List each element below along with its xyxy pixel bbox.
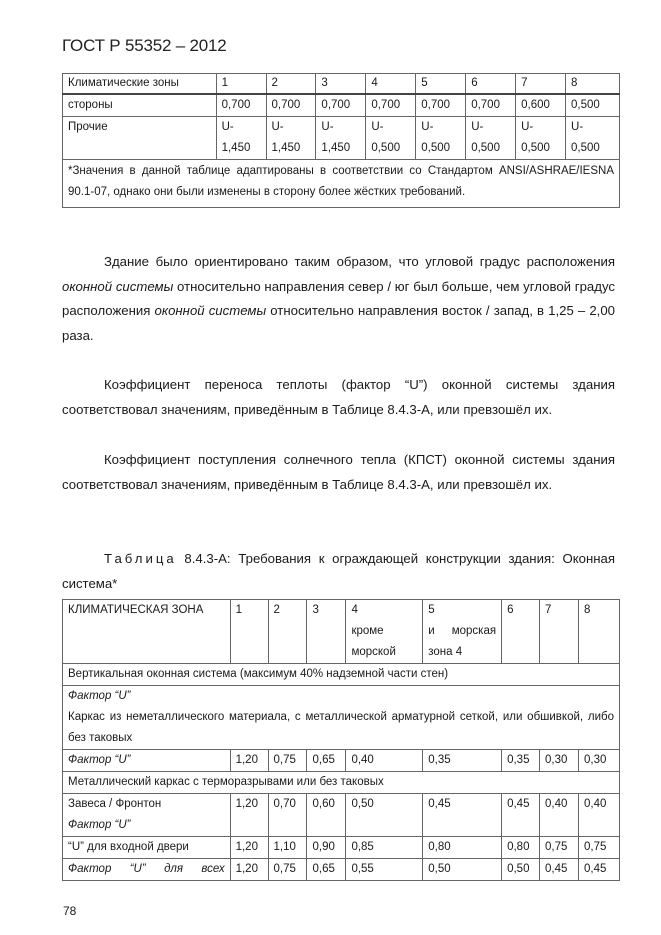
table-row: стороны 0,700 0,700 0,700 0,700 0,700 0,… — [63, 94, 620, 117]
zone-header: 8 — [578, 600, 619, 664]
zone-header: 1 — [216, 74, 266, 95]
cell-value: 1,10 — [268, 837, 307, 859]
zone-header: 3 — [316, 74, 366, 95]
zone-header: 7 — [540, 600, 579, 664]
zone-header: 1 — [230, 600, 268, 664]
header-label: Климатические зоны — [63, 74, 217, 95]
cell-value: 0,80 — [423, 837, 502, 859]
cell-value: 0,700 — [216, 94, 266, 117]
table-header-row: КЛИМАТИЧЕСКАЯ ЗОНА 1 2 3 4кромеморской 5… — [63, 600, 620, 664]
zone-header: 5и морскаязона 4 — [423, 600, 502, 664]
cell-value: 0,35 — [502, 750, 540, 772]
cell-value: 0,75 — [268, 859, 307, 881]
document-header-title: ГОСТ Р 55352 – 2012 — [62, 36, 227, 56]
cell-value: 0,55 — [346, 859, 423, 881]
section-vertical-fenestration: Вертикальная оконная система (максимум 4… — [63, 664, 620, 686]
section-row: Вертикальная оконная система (максимум 4… — [63, 664, 620, 686]
cell-value: 0,75 — [268, 750, 307, 772]
cell-value: 0,75 — [540, 837, 579, 859]
table-header-row: Климатические зоны 1 2 3 4 5 6 7 8 — [63, 74, 620, 95]
cell-value: U-1,450 — [316, 117, 366, 160]
paragraph-shgc: Коэффициент поступления солнечного тепла… — [62, 448, 615, 497]
cell-value: 0,90 — [307, 837, 346, 859]
table-row: Завеса / ФронтонФактор “U” 1,20 0,70 0,6… — [63, 794, 620, 837]
table-note-row: *Значения в данной таблице адаптированы … — [63, 160, 620, 208]
zone-header: 6 — [502, 600, 540, 664]
cell-value: U-0,500 — [466, 117, 516, 160]
zone-header: 7 — [516, 74, 566, 95]
cell-value: 0,30 — [540, 750, 579, 772]
cell-value: 0,45 — [540, 859, 579, 881]
cell-value: 0,40 — [540, 794, 579, 837]
row-label: Завеса / ФронтонФактор “U” — [63, 794, 231, 837]
cell-value: U-1,450 — [266, 117, 316, 160]
row-label: Фактор “U” — [63, 750, 231, 772]
zone-header: 3 — [307, 600, 346, 664]
table-row: “U” для входной двери 1,20 1,10 0,90 0,8… — [63, 837, 620, 859]
section-row: Фактор “U”Каркас из неметаллического мат… — [63, 686, 620, 750]
cell-value: 0,70 — [268, 794, 307, 837]
zone-header: 4кромеморской — [346, 600, 423, 664]
section-metal-frame: Металлический каркас с терморазрывами ил… — [63, 772, 620, 794]
cell-value: 0,700 — [466, 94, 516, 117]
paragraph-u-factor: Коэффициент переноса теплоты (фактор “U”… — [62, 373, 615, 422]
table-row: Фактор “U” 1,20 0,75 0,65 0,40 0,35 0,35… — [63, 750, 620, 772]
table-footnote: *Значения в данной таблице адаптированы … — [63, 160, 620, 208]
row-label: стороны — [63, 94, 217, 117]
table-envelope-requirements: КЛИМАТИЧЕСКАЯ ЗОНА 1 2 3 4кромеморской 5… — [62, 599, 620, 881]
cell-value: 0,700 — [266, 94, 316, 117]
cell-value: 0,30 — [578, 750, 619, 772]
zone-header: 8 — [566, 74, 620, 95]
header-label: КЛИМАТИЧЕСКАЯ ЗОНА — [63, 600, 231, 664]
cell-value: 0,65 — [307, 859, 346, 881]
cell-value: 0,60 — [307, 794, 346, 837]
cell-value: 0,65 — [307, 750, 346, 772]
table-solar-heat-values: Климатические зоны 1 2 3 4 5 6 7 8 сторо… — [62, 73, 620, 208]
table-caption: Таблица 8.4.3-А: Требования к ограждающе… — [62, 547, 615, 596]
table-row: Прочие U-1,450 U-1,450 U-1,450 U-0,500 U… — [63, 117, 620, 160]
row-label: Прочие — [63, 117, 217, 160]
table-row: Фактор “U” для всех 1,20 0,75 0,65 0,55 … — [63, 859, 620, 881]
cell-value: 0,500 — [566, 94, 620, 117]
cell-value: 0,50 — [502, 859, 540, 881]
zone-header: 2 — [268, 600, 307, 664]
cell-value: 0,40 — [346, 750, 423, 772]
cell-value: 0,35 — [423, 750, 502, 772]
cell-value: 0,45 — [423, 794, 502, 837]
section-row: Металлический каркас с терморазрывами ил… — [63, 772, 620, 794]
cell-value: 1,20 — [230, 794, 268, 837]
paragraph-orientation: Здание было ориентировано таким образом,… — [62, 250, 615, 348]
cell-value: 0,600 — [516, 94, 566, 117]
cell-value: 0,700 — [416, 94, 466, 117]
row-label: “U” для входной двери — [63, 837, 231, 859]
zone-header: 2 — [266, 74, 316, 95]
cell-value: U-0,500 — [566, 117, 620, 160]
cell-value: U-0,500 — [516, 117, 566, 160]
cell-value: U-0,500 — [416, 117, 466, 160]
cell-value: 0,700 — [316, 94, 366, 117]
cell-value: 1,20 — [230, 837, 268, 859]
cell-value: 0,50 — [346, 794, 423, 837]
cell-value: 0,45 — [502, 794, 540, 837]
row-label: Фактор “U” для всех — [63, 859, 231, 881]
cell-value: 0,80 — [502, 837, 540, 859]
cell-value: 1,20 — [230, 859, 268, 881]
cell-value: 0,45 — [578, 859, 619, 881]
zone-header: 5 — [416, 74, 466, 95]
cell-value: 0,85 — [346, 837, 423, 859]
zone-header: 4 — [366, 74, 416, 95]
page-number: 78 — [63, 904, 76, 918]
cell-value: 0,50 — [423, 859, 502, 881]
cell-value: U-1,450 — [216, 117, 266, 160]
cell-value: 0,700 — [366, 94, 416, 117]
nonmetal-frame-description: Фактор “U”Каркас из неметаллического мат… — [63, 686, 620, 750]
cell-value: U-0,500 — [366, 117, 416, 160]
cell-value: 0,75 — [578, 837, 619, 859]
cell-value: 1,20 — [230, 750, 268, 772]
zone-header: 6 — [466, 74, 516, 95]
cell-value: 0,40 — [578, 794, 619, 837]
